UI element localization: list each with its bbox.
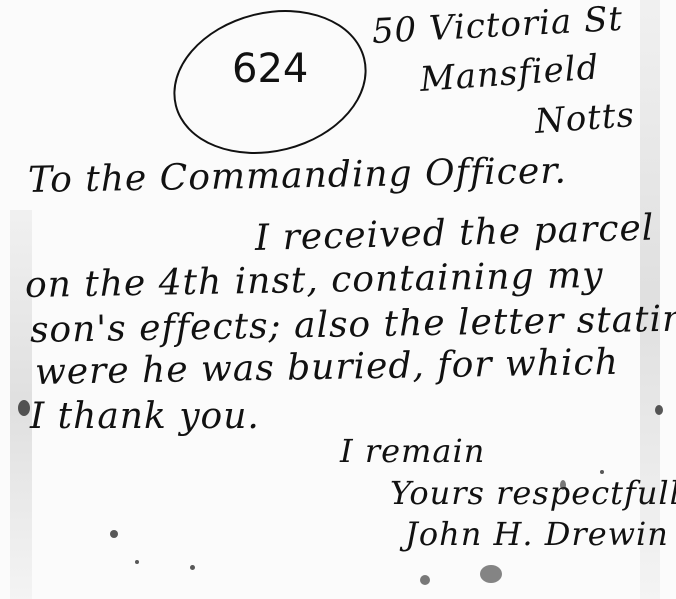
address-line-town: Mansfield xyxy=(419,48,601,100)
closing-remain: I remain xyxy=(340,432,485,470)
address-line-street: 50 Victoria St xyxy=(371,0,624,52)
signature: John H. Drewin xyxy=(405,515,669,553)
ink-blot xyxy=(190,565,195,570)
reference-number: 624 xyxy=(232,46,308,92)
ink-blot xyxy=(135,560,139,564)
ink-blot xyxy=(480,565,502,583)
body-line-4: were he was buried, for which xyxy=(35,342,620,393)
body-line-1: I received the parcel xyxy=(254,208,654,259)
address-line-county: Notts xyxy=(534,95,637,142)
ink-blot xyxy=(655,405,663,415)
ink-blot xyxy=(420,575,430,585)
body-line-2: on the 4th inst, containing my xyxy=(25,255,604,306)
salutation: To the Commanding Officer. xyxy=(28,151,568,201)
scanned-letter: 624 50 Victoria St Mansfield Notts To th… xyxy=(0,0,676,599)
ink-blot xyxy=(18,400,30,416)
ink-blot xyxy=(110,530,118,538)
body-line-5: I thank you. xyxy=(30,396,260,437)
ink-blot xyxy=(560,480,566,490)
closing-yours: Yours respectfully xyxy=(390,474,676,512)
ink-blot xyxy=(600,470,604,474)
